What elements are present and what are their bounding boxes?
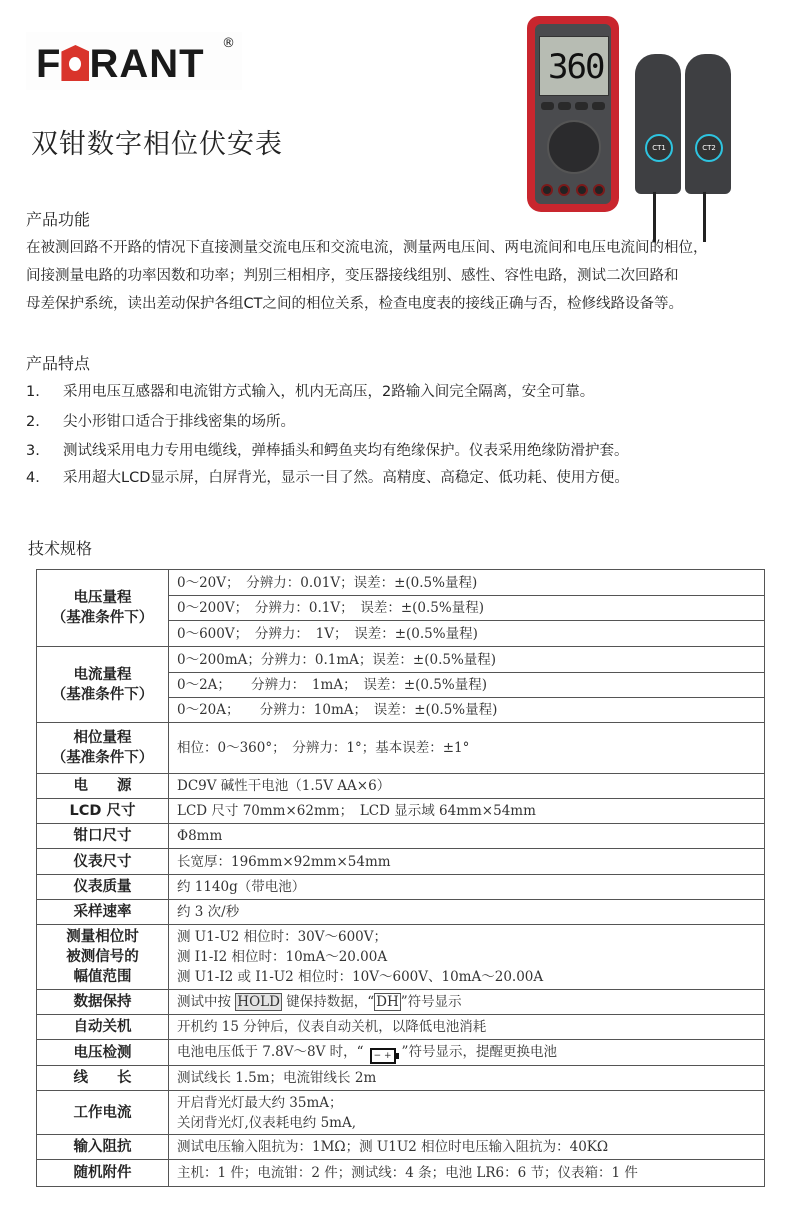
rotary-dial-icon [547,120,601,174]
feature-number: 3. [26,443,63,459]
functions-line: 在被测回路不开路的情况下直接测量交流电压和交流电流，测量两电压间、两电流间和电压… [26,234,708,262]
table-row: 测量相位时被测信号的幅值范围 测 U1-U2 相位时：30V～600V；测 I1… [37,925,765,990]
table-row: 相位量程（基准条件下） 相位：0～360°； 分辨力：1°；基本误差：±1° [37,723,765,774]
row-value: 长宽厚：196mm×92mm×54mm [169,849,765,875]
feature-item: 3.测试线采用电力专用电缆线，弹棒插头和鳄鱼夹均有绝缘保护。仪表采用绝缘防滑护套… [26,439,629,460]
row-label: 电压检测 [37,1040,169,1066]
multimeter-illustration: 360 [527,16,619,212]
input-jacks [541,184,605,196]
table-row: 数据保持 测试中按 HOLD 键保持数据，“DH”符号显示 [37,990,765,1015]
clamp-label: CT2 [695,134,723,162]
product-image: 360 CT1 CT2 [525,14,750,214]
table-row: 电 源DC9V 碱性干电池（1.5V AA×6） [37,774,765,799]
row-label: 工作电流 [37,1091,169,1135]
lcd-reading: 360 [548,47,603,87]
row-label: 电 源 [37,774,169,799]
feature-text: 采用电压互感器和电流钳方式输入，机内无高压，2路输入间完全隔离，安全可靠。 [63,384,594,400]
row-value: 电池电压低于 7.8V～8V 时，“− +”符号显示，提醒更换电池 [169,1040,765,1066]
row-label: 钳口尺寸 [37,824,169,849]
meter-buttons [541,102,605,110]
row-label: 数据保持 [37,990,169,1015]
table-row: 电压检测 电池电压低于 7.8V～8V 时，“− +”符号显示，提醒更换电池 [37,1040,765,1066]
row-label: 相位量程（基准条件下） [37,723,169,774]
row-value: 测试电压输入阻抗为：1MΩ；测 U1U2 相位时电压输入阻抗为：40KΩ [169,1135,765,1160]
row-label: 采样速率 [37,900,169,925]
row-value: 测 U1-U2 相位时：30V～600V；测 I1-I2 相位时：10mA～20… [169,925,765,990]
features-heading: 产品特点 [26,351,90,374]
row-label: 测量相位时被测信号的幅值范围 [37,925,169,990]
row-value: 测试中按 HOLD 键保持数据，“DH”符号显示 [169,990,765,1015]
hex-nut-icon [61,45,89,81]
row-value: 测试线长 1.5m；电流钳线长 2m [169,1066,765,1091]
table-row: 采样速率约 3 次/秒 [37,900,765,925]
hold-key: HOLD [235,993,282,1011]
table-row: 线 长测试线长 1.5m；电流钳线长 2m [37,1066,765,1091]
row-value: 0～20A； 分辨力：10mA； 误差：±(0.5%量程) [169,698,765,723]
feature-text: 尖小形钳口适合于排线密集的场所。 [63,414,295,430]
row-label: 仪表尺寸 [37,849,169,875]
row-label: 随机附件 [37,1160,169,1187]
functions-line: 母差保护系统，读出差动保护各组CT之间的相位关系，检查电度表的接线正确与否，检修… [26,290,708,318]
row-value: 约 1140g（带电池） [169,875,765,900]
dh-symbol: DH [374,993,401,1011]
row-value: Φ8mm [169,824,765,849]
feature-number: 2. [26,414,63,430]
row-label: 电压量程（基准条件下） [37,570,169,647]
row-value: DC9V 碱性干电池（1.5V AA×6） [169,774,765,799]
lcd-display: 360 [539,36,609,96]
low-battery-icon: − + [370,1048,396,1064]
specs-heading: 技术规格 [28,536,92,559]
row-value: 0～20V； 分辨力：0.01V；误差：±(0.5%量程) [169,570,765,596]
feature-item: 1.采用电压互感器和电流钳方式输入，机内无高压，2路输入间完全隔离，安全可靠。 [26,380,594,401]
feature-number: 1. [26,384,63,400]
row-label: 线 长 [37,1066,169,1091]
row-value: 0～600V； 分辨力： 1V； 误差：±(0.5%量程) [169,621,765,647]
table-row: 工作电流 开启背光灯最大约 35mA；关闭背光灯,仪表耗电约 5mA, [37,1091,765,1135]
feature-number: 4. [26,470,63,486]
table-row: LCD 尺寸LCD 尺寸 70mm×62mm； LCD 显示域 64mm×54m… [37,799,765,824]
feature-item: 4.采用超大LCD显示屏，白屏背光，显示一目了然。高精度、高稳定、低功耗、使用方… [26,466,629,487]
feature-item: 2.尖小形钳口适合于排线密集的场所。 [26,410,295,431]
row-value: 主机：1 件；电流钳：2 件；测试线：4 条；电池 LR6：6 节；仪表箱：1 … [169,1160,765,1187]
spec-table: 电压量程（基准条件下） 0～20V； 分辨力：0.01V；误差：±(0.5%量程… [36,569,765,1187]
table-row: 输入阻抗测试电压输入阻抗为：1MΩ；测 U1U2 相位时电压输入阻抗为：40KΩ [37,1135,765,1160]
feature-text: 测试线采用电力专用电缆线，弹棒插头和鳄鱼夹均有绝缘保护。仪表采用绝缘防滑护套。 [63,443,629,459]
row-value: 相位：0～360°； 分辨力：1°；基本误差：±1° [169,723,765,774]
row-value: 约 3 次/秒 [169,900,765,925]
registered-mark: ® [222,36,235,51]
table-row: 随机附件主机：1 件；电流钳：2 件；测试线：4 条；电池 LR6：6 节；仪表… [37,1160,765,1187]
row-label: 自动关机 [37,1015,169,1040]
functions-line: 间接测量电路的功率因数和功率；判别三相相序，变压器接线组别、感性、容性电路，测试… [26,262,708,290]
feature-text: 采用超大LCD显示屏，白屏背光，显示一目了然。高精度、高稳定、低功耗、使用方便。 [63,470,629,486]
table-row: 钳口尺寸Φ8mm [37,824,765,849]
row-label: 电流量程（基准条件下） [37,647,169,723]
brand-logo: FRANT ® [26,32,242,90]
row-value: 0～200V； 分辨力：0.1V； 误差：±(0.5%量程) [169,596,765,621]
row-label: 仪表质量 [37,875,169,900]
page-title: 双钳数字相位伏安表 [31,122,283,161]
clamp-ct2-illustration: CT2 [685,54,731,194]
table-row: 自动关机开机约 15 分钟后，仪表自动关机，以降低电池消耗 [37,1015,765,1040]
row-value: 开机约 15 分钟后，仪表自动关机，以降低电池消耗 [169,1015,765,1040]
meter-face: 360 [535,24,611,204]
clamp-label: CT1 [645,134,673,162]
row-value: 开启背光灯最大约 35mA；关闭背光灯,仪表耗电约 5mA, [169,1091,765,1135]
table-row: 电压量程（基准条件下） 0～20V； 分辨力：0.01V；误差：±(0.5%量程… [37,570,765,596]
table-row: 仪表质量约 1140g（带电池） [37,875,765,900]
table-row: 电流量程（基准条件下） 0～200mA；分辨力：0.1mA；误差：±(0.5%量… [37,647,765,673]
table-row: 仪表尺寸长宽厚：196mm×92mm×54mm [37,849,765,875]
row-value: LCD 尺寸 70mm×62mm； LCD 显示域 64mm×54mm [169,799,765,824]
brand-wordmark: FRANT [36,44,205,84]
clamp-ct1-illustration: CT1 [635,54,681,194]
functions-heading: 产品功能 [26,207,90,230]
row-value: 0～2A； 分辨力： 1mA； 误差：±(0.5%量程) [169,673,765,698]
row-label: LCD 尺寸 [37,799,169,824]
row-value: 0～200mA；分辨力：0.1mA；误差：±(0.5%量程) [169,647,765,673]
functions-text: 在被测回路不开路的情况下直接测量交流电压和交流电流，测量两电压间、两电流间和电压… [26,234,708,318]
row-label: 输入阻抗 [37,1135,169,1160]
